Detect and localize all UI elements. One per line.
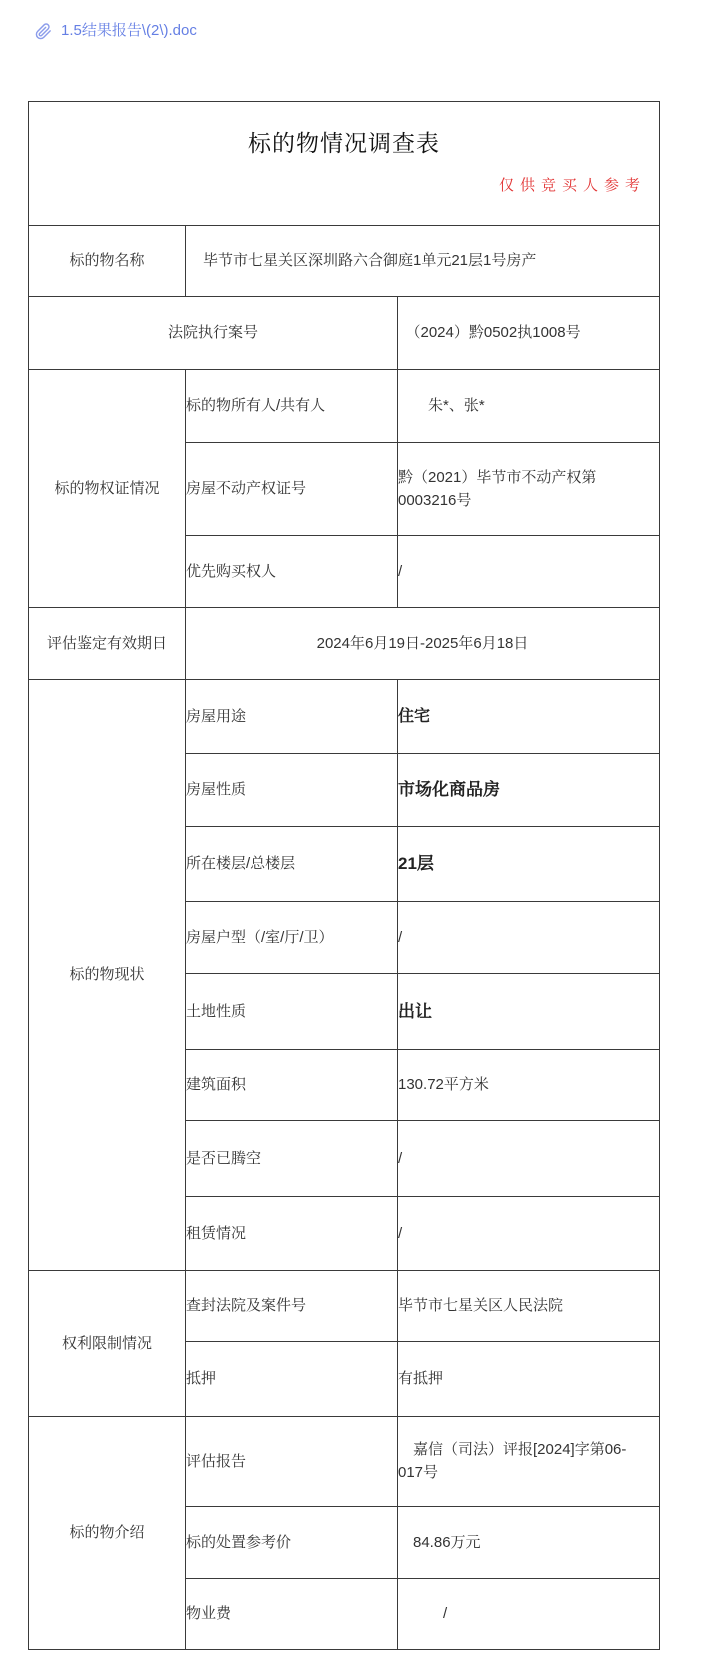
value-owner: 朱*、张*	[398, 369, 660, 442]
value-priority-buyer: /	[398, 535, 660, 607]
reference-notice: 仅供竞买人参考	[29, 174, 659, 197]
label-lease: 租赁情况	[186, 1196, 398, 1270]
label-mortgage: 抵押	[186, 1341, 398, 1416]
label-validity: 评估鉴定有效期日	[29, 607, 186, 679]
section-label-introduction: 标的物介绍	[29, 1416, 186, 1649]
value-mortgage: 有抵押	[398, 1341, 660, 1416]
paperclip-icon	[35, 23, 52, 40]
label-seizure-court: 查封法院及案件号	[186, 1270, 398, 1341]
label-property-fee: 物业费	[186, 1578, 398, 1649]
value-layout: /	[398, 901, 660, 973]
value-validity: 2024年6月19日-2025年6月18日	[186, 607, 660, 679]
value-reference-price: 84.86万元	[398, 1506, 660, 1578]
label-subject-name: 标的物名称	[29, 225, 186, 296]
label-owner: 标的物所有人/共有人	[186, 369, 398, 442]
label-layout: 房屋户型（/室/厅/卫）	[186, 901, 398, 973]
value-lease: /	[398, 1196, 660, 1270]
title-cell: 标的物情况调查表 仅供竞买人参考	[29, 101, 660, 225]
label-priority-buyer: 优先购买权人	[186, 535, 398, 607]
value-house-nature: 市场化商品房	[398, 753, 660, 826]
label-floor: 所在楼层/总楼层	[186, 826, 398, 901]
label-vacated: 是否已腾空	[186, 1120, 398, 1196]
label-reference-price: 标的处置参考价	[186, 1506, 398, 1578]
subject-investigation-table: 标的物情况调查表 仅供竞买人参考 标的物名称 毕节市七星关区深圳路六合御庭1单元…	[28, 101, 660, 1650]
section-label-status: 标的物现状	[29, 679, 186, 1270]
table-title: 标的物情况调查表	[29, 132, 659, 155]
value-property-fee: /	[398, 1578, 660, 1649]
value-case-number: （2024）黔0502执1008号	[398, 296, 660, 369]
value-subject-name: 毕节市七星关区深圳路六合御庭1单元21层1号房产	[186, 225, 660, 296]
value-cert-number: 黔（2021）毕节市不动产权第 0003216号	[398, 442, 660, 535]
label-case-number: 法院执行案号	[29, 296, 398, 369]
section-label-restrictions: 权利限制情况	[29, 1270, 186, 1416]
value-house-use: 住宅	[398, 679, 660, 753]
label-building-area: 建筑面积	[186, 1049, 398, 1120]
value-seizure-court: 毕节市七星关区人民法院	[398, 1270, 660, 1341]
attachment-filename: 1.5结果报告\(2\).doc	[61, 21, 197, 41]
value-building-area: 130.72平方米	[398, 1049, 660, 1120]
section-label-certificate: 标的物权证情况	[29, 369, 186, 607]
value-floor: 21层	[398, 826, 660, 901]
attachment-link[interactable]: 1.5结果报告\(2\).doc	[35, 21, 197, 41]
value-appraisal-report: 嘉信（司法）评报[2024]字第06- 017号	[398, 1416, 660, 1506]
label-house-use: 房屋用途	[186, 679, 398, 753]
label-land-nature: 土地性质	[186, 973, 398, 1049]
label-house-nature: 房屋性质	[186, 753, 398, 826]
label-appraisal-report: 评估报告	[186, 1416, 398, 1506]
label-cert-number: 房屋不动产权证号	[186, 442, 398, 535]
value-land-nature: 出让	[398, 973, 660, 1049]
value-vacated: /	[398, 1120, 660, 1196]
